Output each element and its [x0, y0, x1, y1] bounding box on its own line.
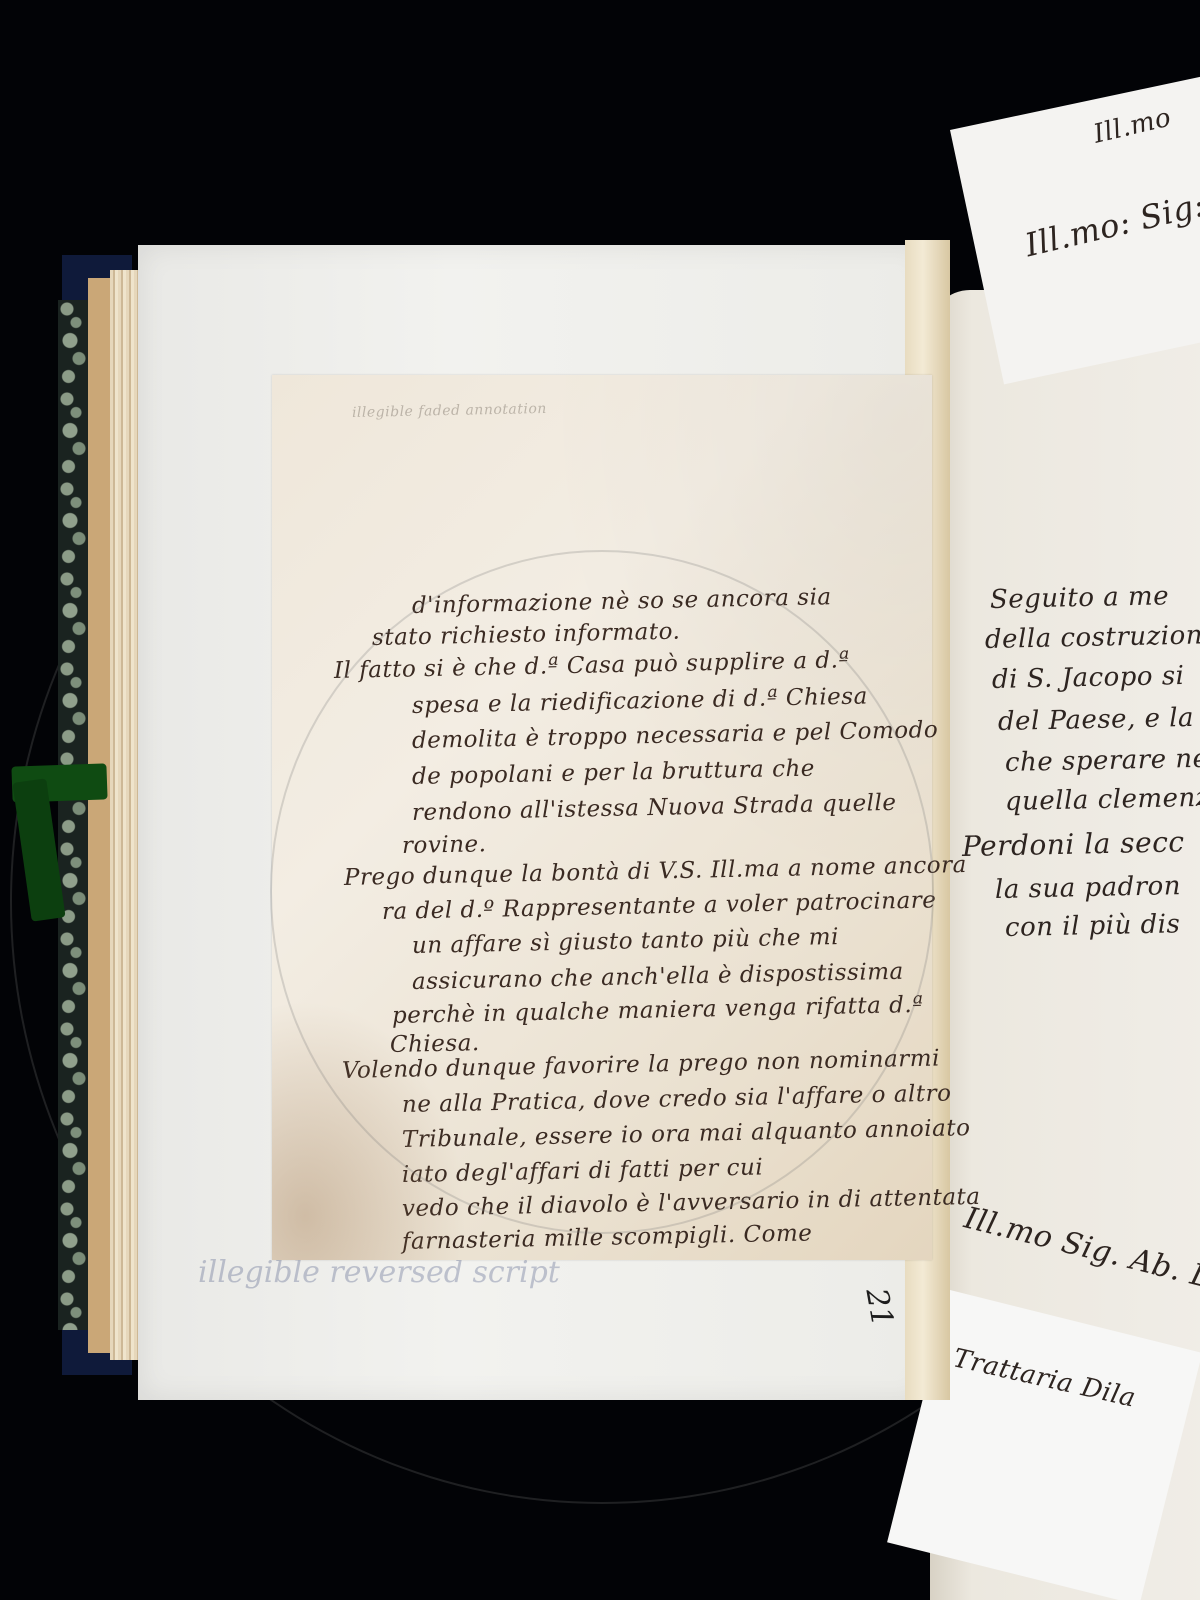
right-line: quella clemenz: [1005, 783, 1200, 817]
right-line: Seguito a me: [990, 581, 1170, 615]
right-bottom-line: Trattaria Dila: [950, 1343, 1138, 1413]
right-line: Perdoni la secc: [962, 825, 1185, 863]
folio-number: 21: [859, 1286, 900, 1330]
bleed-through-text: illegible reversed script: [198, 1255, 560, 1290]
watermark-seal-inner-ring: [270, 550, 934, 1234]
right-line: di S. Jacopo si: [992, 661, 1185, 695]
faint-header-annotation: illegible faded annotation: [352, 401, 547, 421]
right-top-heading-2: Ill.mo: Sig:: [1021, 185, 1200, 264]
right-line: la sua padron: [995, 871, 1182, 905]
right-top-heading-1: Ill.mo: [1091, 103, 1174, 150]
right-line: con il più dis: [1005, 909, 1181, 943]
marbled-cover-edge: [58, 300, 88, 1330]
right-line: della costruzione: [985, 620, 1200, 655]
right-line: che sperare ne: [1005, 744, 1200, 778]
right-line: del Paese, e la: [998, 703, 1195, 737]
